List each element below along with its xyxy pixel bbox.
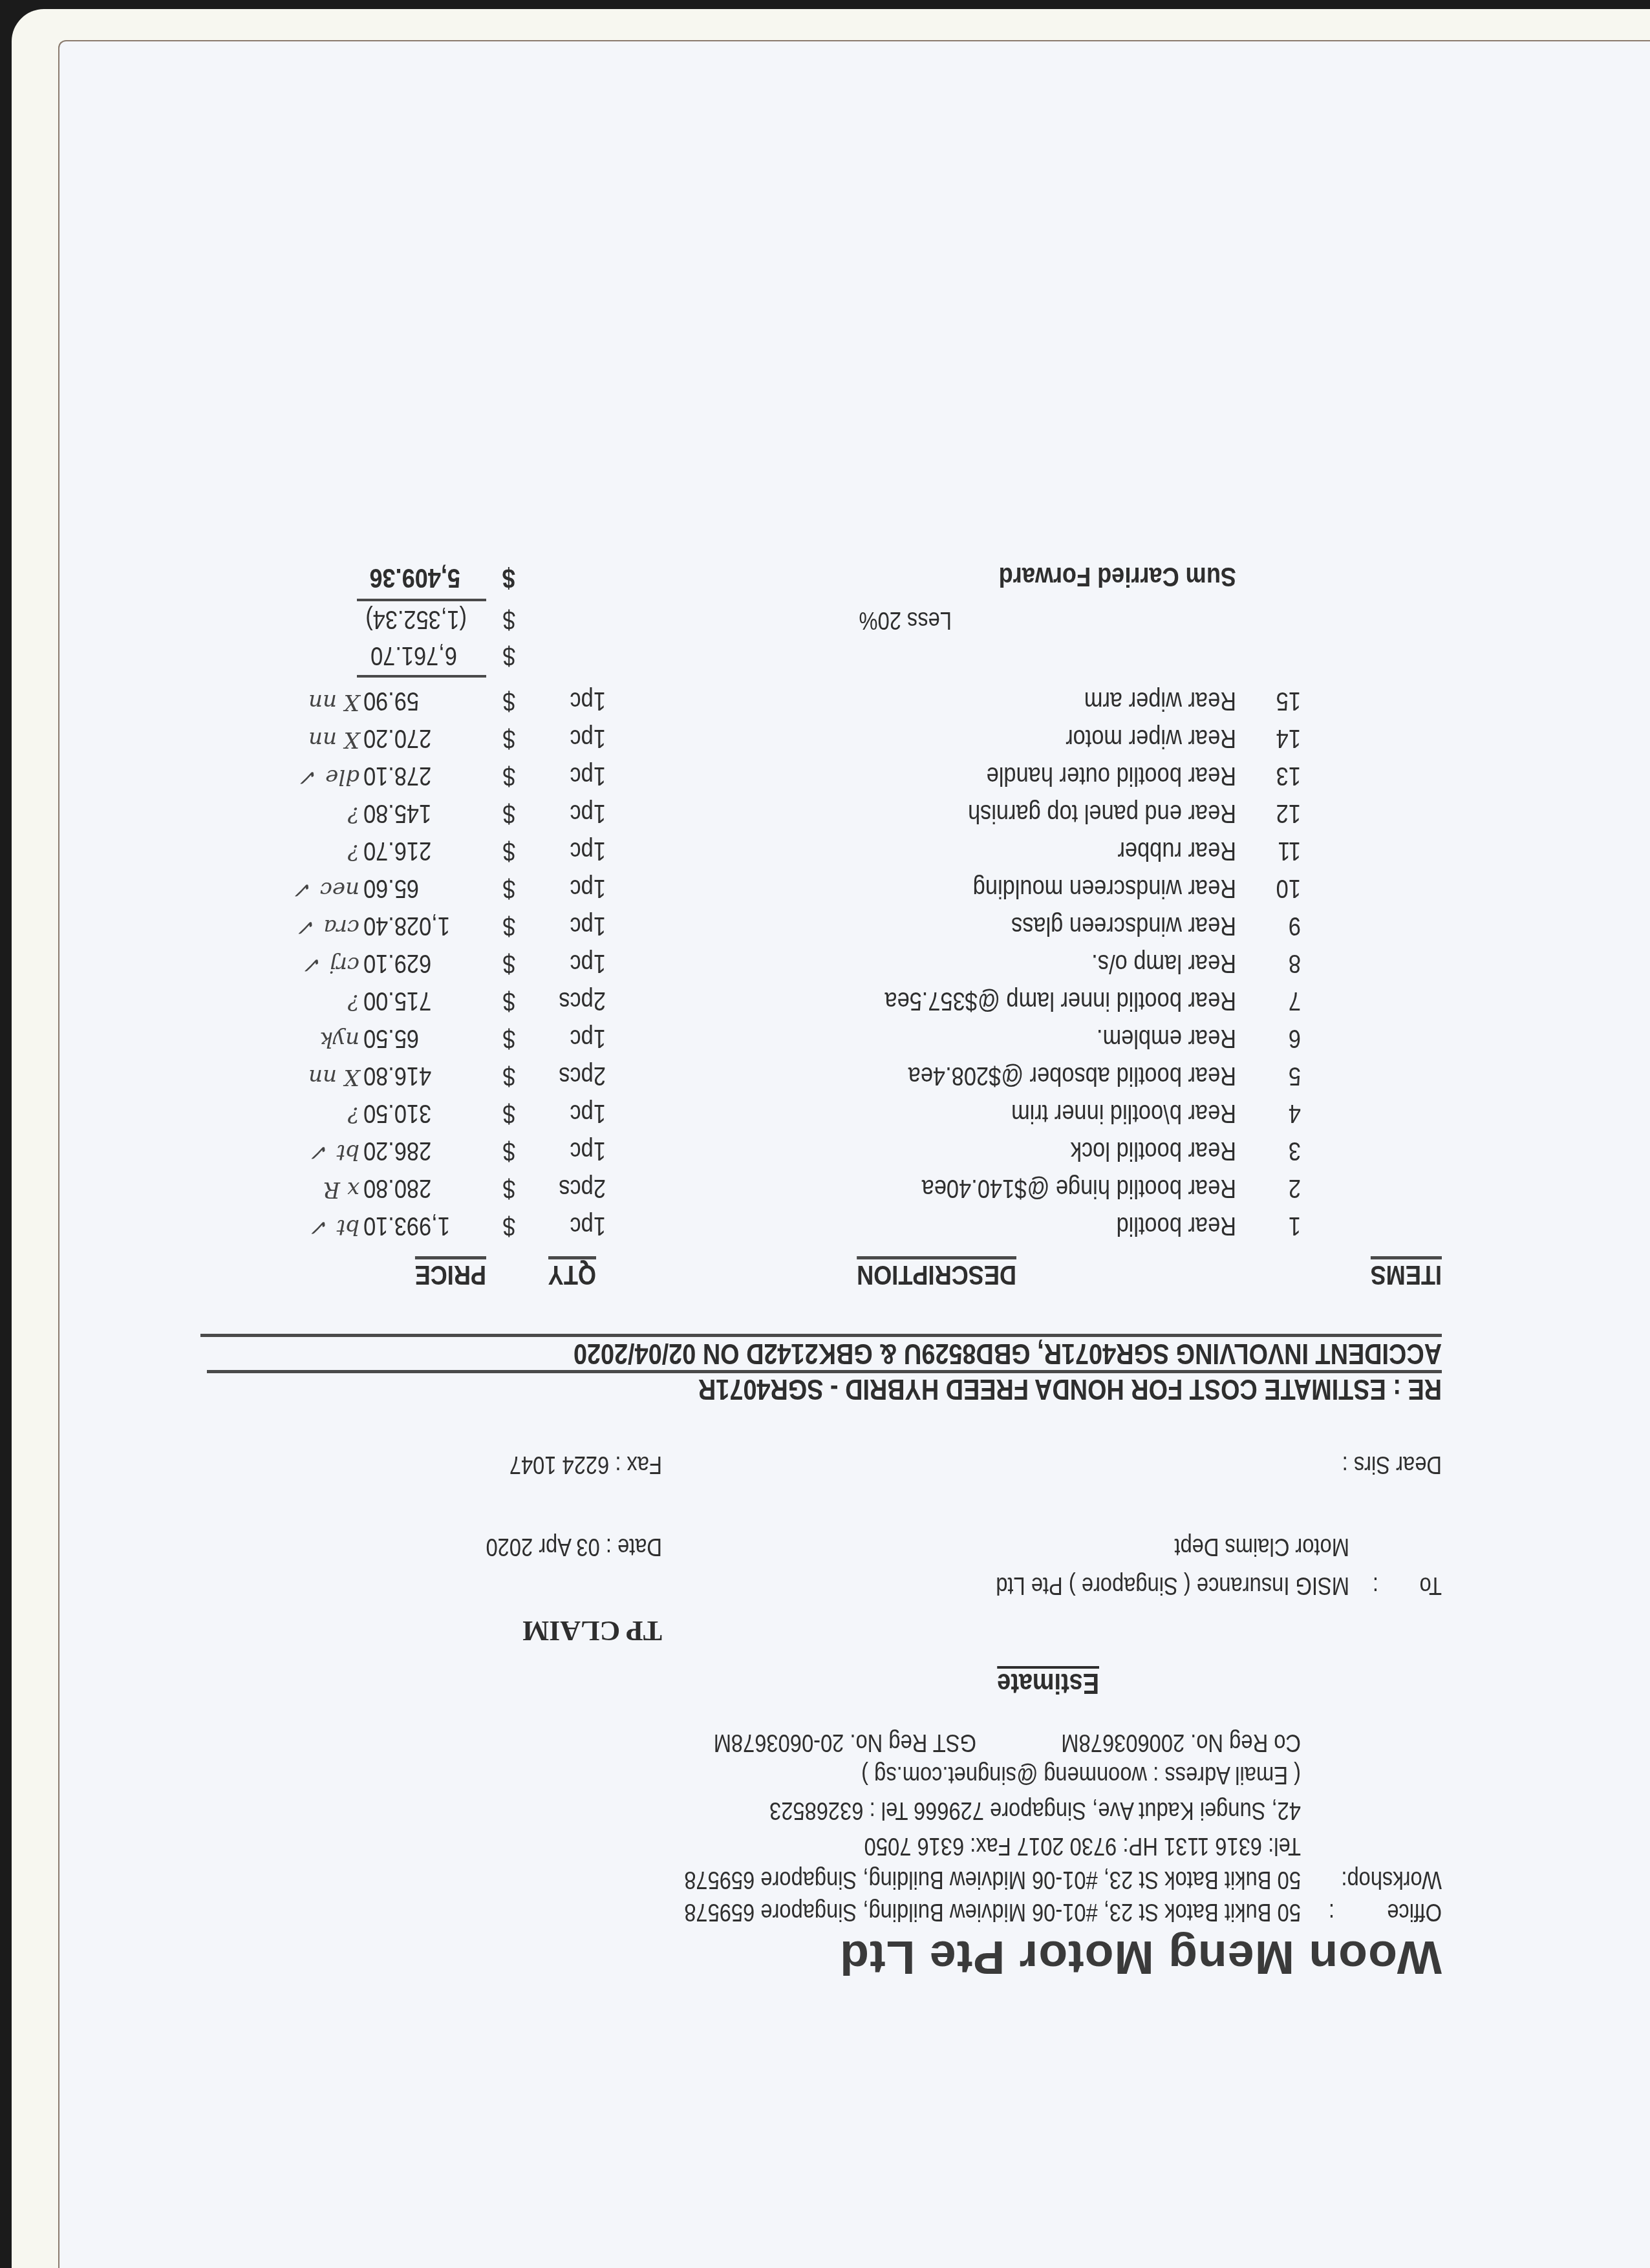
line-item-currency: $ bbox=[503, 911, 515, 940]
line-item-row: 6Rear emblem.1pc$65.50nyk bbox=[59, 1015, 1650, 1053]
line-item-currency: $ bbox=[503, 1023, 515, 1053]
line-item-number: 5 bbox=[1289, 1061, 1301, 1090]
line-item-description: Rear windscreen moulding bbox=[973, 873, 1236, 903]
line-item-description: Rear wiper arm bbox=[1084, 686, 1236, 715]
office-address: 50 Bukit Batok St 23, #01-06 Midview Bui… bbox=[684, 1898, 1301, 1925]
subject-line-2: ACCIDENT INVOLVING SGR4071R, GBD8529U & … bbox=[573, 1337, 1442, 1369]
scanned-sheet: Woon Meng Motor Pte Ltd Office : 50 Buki… bbox=[0, 0, 1650, 2268]
line-item-description: Rear rubber bbox=[1117, 836, 1236, 865]
handwritten-annotation: X nn bbox=[308, 689, 359, 715]
discount-label: Less 20% bbox=[859, 606, 952, 634]
company-name: Woon Meng Motor Pte Ltd bbox=[839, 1931, 1442, 1984]
line-item-currency: $ bbox=[503, 986, 515, 1015]
handwritten-annotation: crj ✓ bbox=[305, 952, 359, 978]
line-item-number: 10 bbox=[1276, 873, 1301, 903]
line-item-currency: $ bbox=[503, 798, 515, 828]
line-item-price: 216.70 bbox=[363, 836, 469, 865]
to-label: To bbox=[1419, 1571, 1442, 1599]
line-item-price: 270.20 bbox=[363, 723, 469, 753]
line-item-qty: 1pc bbox=[570, 798, 606, 828]
subtotal-amount: 6,761.70 bbox=[370, 641, 457, 670]
line-item-price: 278.10 bbox=[363, 761, 469, 790]
handwritten-annotation: X nn bbox=[308, 727, 359, 753]
line-item-description: Rear bootlid outer handle bbox=[987, 761, 1236, 790]
line-item-price: 145.80 bbox=[363, 798, 469, 828]
line-item-number: 15 bbox=[1276, 686, 1301, 715]
handwritten-annotation: ? bbox=[348, 839, 359, 865]
contact-line: Tel: 6316 1131 HP: 9730 2017 Fax: 6316 7… bbox=[864, 1832, 1301, 1859]
line-item-currency: $ bbox=[503, 948, 515, 978]
line-item-number: 4 bbox=[1289, 1098, 1301, 1128]
column-header-price: PRICE bbox=[415, 1256, 486, 1290]
line-item-number: 3 bbox=[1289, 1136, 1301, 1165]
line-item-qty: 1pc bbox=[570, 1023, 606, 1053]
line-item-row: 8Rear lamp o/s.1pc$629.10crj ✓ bbox=[59, 940, 1650, 978]
salutation: Dear Sirs : bbox=[1342, 1450, 1442, 1478]
line-item-row: 3Rear bootlid lock1pc$286.20bt ✓ bbox=[59, 1128, 1650, 1165]
line-item-currency: $ bbox=[503, 873, 515, 903]
line-item-row: 10Rear windscreen moulding1pc$65.60nec ✓ bbox=[59, 865, 1650, 903]
to-sep: : bbox=[1373, 1571, 1378, 1599]
line-item-row: 12Rear end panel top garnish1pc$145.80? bbox=[59, 790, 1650, 828]
subject-underline-1 bbox=[207, 1370, 1442, 1373]
office-label: Office bbox=[1387, 1898, 1442, 1925]
line-item-row: 2Rear bootlid hinge @$140.40ea2pcs$280.8… bbox=[59, 1165, 1650, 1203]
line-item-number: 11 bbox=[1278, 836, 1301, 865]
subtotal-rule bbox=[357, 675, 486, 678]
email-line: ( Email Adress : woonmeng @singnet.com.s… bbox=[861, 1760, 1301, 1788]
workshop-label: Workshop: bbox=[1341, 1865, 1442, 1893]
line-item-qty: 1pc bbox=[570, 1098, 606, 1128]
line-item-row: 13Rear bootlid outer handle1pc$278.10dle… bbox=[59, 753, 1650, 790]
line-item-number: 2 bbox=[1289, 1173, 1301, 1203]
line-item-qty: 1pc bbox=[570, 836, 606, 865]
branch-address: 42, Sungei Kadut Ave, Singapore 729666 T… bbox=[769, 1796, 1301, 1824]
line-item-price: 59.90 bbox=[363, 686, 469, 715]
estimate-date: Date : 03 Apr 2020 bbox=[486, 1532, 662, 1560]
line-item-qty: 1pc bbox=[570, 911, 606, 940]
line-item-description: Rear end panel top garnish bbox=[968, 798, 1236, 828]
line-item-price: 65.50 bbox=[363, 1023, 469, 1053]
line-item-price: 1,028.40 bbox=[363, 911, 469, 940]
discount-amount: (1,352.34) bbox=[365, 604, 467, 634]
line-item-currency: $ bbox=[503, 1098, 515, 1128]
line-item-number: 6 bbox=[1289, 1023, 1301, 1053]
line-item-row: 5Rear bootlid absober @$208.4ea2pcs$416.… bbox=[59, 1053, 1650, 1090]
handwritten-annotation: dle ✓ bbox=[300, 764, 359, 790]
handwritten-annotation: cra ✓ bbox=[298, 914, 359, 940]
line-item-price: 310.50 bbox=[363, 1098, 469, 1128]
line-item-qty: 2pcs bbox=[559, 1173, 606, 1203]
line-item-description: Rear bootlid inner lamp @$357.5ea bbox=[884, 986, 1236, 1015]
line-item-row: 14Rear wiper motor1pc$270.20X nn bbox=[59, 715, 1650, 753]
document-title: Estimate bbox=[997, 1667, 1099, 1699]
subject-underline-2 bbox=[200, 1334, 1442, 1337]
line-item-qty: 1pc bbox=[570, 686, 606, 715]
recipient-name: MSIG Insurance ( Singapore ) Pte Ltd bbox=[996, 1571, 1349, 1599]
line-item-row: 4Rear b\ootlid inner trim1pc$310.50? bbox=[59, 1090, 1650, 1128]
line-item-qty: 2pcs bbox=[559, 986, 606, 1015]
line-item-description: Rear wiper motor bbox=[1066, 723, 1236, 753]
line-item-description: Rear bootlid hinge @$140.40ea bbox=[922, 1173, 1236, 1203]
line-item-currency: $ bbox=[503, 761, 515, 790]
claim-type: TP CLAIM bbox=[522, 1614, 662, 1647]
handwritten-annotation: nec ✓ bbox=[295, 877, 359, 903]
sum-carried-forward-label: Sum Carried Forward bbox=[999, 561, 1236, 592]
line-item-number: 1 bbox=[1289, 1211, 1301, 1240]
total-rule bbox=[357, 599, 486, 601]
line-item-row: 15Rear wiper arm1pc$59.90X nn bbox=[59, 678, 1650, 715]
line-item-description: Rear bootlid absober @$208.4ea bbox=[908, 1061, 1236, 1090]
handwritten-annotation: ? bbox=[348, 802, 359, 828]
workshop-address: 50 Bukit Batok St 23, #01-06 Midview Bui… bbox=[684, 1865, 1301, 1893]
line-item-qty: 1pc bbox=[570, 873, 606, 903]
line-item-row: 11Rear rubber1pc$216.70? bbox=[59, 828, 1650, 865]
total-currency: $ bbox=[502, 562, 515, 594]
handwritten-annotation: ? bbox=[348, 989, 359, 1015]
estimate-page: Woon Meng Motor Pte Ltd Office : 50 Buki… bbox=[58, 40, 1650, 2268]
line-item-description: Rear emblem. bbox=[1097, 1023, 1236, 1053]
column-header-description: DESCRIPTION bbox=[857, 1256, 1016, 1290]
handwritten-annotation: ? bbox=[348, 1102, 359, 1128]
line-item-qty: 1pc bbox=[570, 1136, 606, 1165]
sum-carried-forward-amount: 5,409.36 bbox=[369, 562, 460, 594]
line-item-price: 286.20 bbox=[363, 1136, 469, 1165]
subject-line-1: RE : ESTIMATE COST FOR HONDA FREED HYBRI… bbox=[698, 1373, 1442, 1405]
subtotal-currency: $ bbox=[503, 641, 515, 670]
line-item-currency: $ bbox=[503, 686, 515, 715]
line-item-currency: $ bbox=[503, 1173, 515, 1203]
line-item-qty: 1pc bbox=[570, 761, 606, 790]
line-item-qty: 2pcs bbox=[559, 1061, 606, 1090]
line-item-price: 280.80 bbox=[363, 1173, 469, 1203]
line-item-description: Rear b\ootlid inner trim bbox=[1011, 1098, 1236, 1128]
line-item-currency: $ bbox=[503, 1136, 515, 1165]
line-item-currency: $ bbox=[503, 723, 515, 753]
line-item-number: 7 bbox=[1289, 986, 1301, 1015]
discount-currency: $ bbox=[503, 604, 515, 634]
recipient-fax: Fax : 6224 1047 bbox=[509, 1450, 662, 1478]
line-item-price: 1,993.10 bbox=[363, 1211, 469, 1240]
line-item-number: 12 bbox=[1276, 798, 1301, 828]
line-item-price: 715.00 bbox=[363, 986, 469, 1015]
handwritten-annotation: bt ✓ bbox=[311, 1214, 359, 1240]
line-item-description: Rear windscreen glass bbox=[1011, 911, 1236, 940]
office-sep: : bbox=[1329, 1898, 1334, 1925]
line-item-description: Rear bootlid bbox=[1117, 1211, 1236, 1240]
line-item-row: 7Rear bootlid inner lamp @$357.5ea2pcs$7… bbox=[59, 978, 1650, 1015]
line-item-row: 9Rear windscreen glass1pc$1,028.40cra ✓ bbox=[59, 903, 1650, 940]
column-header-items: ITEMS bbox=[1371, 1256, 1442, 1290]
line-item-qty: 1pc bbox=[570, 723, 606, 753]
line-item-description: Rear bootlid lock bbox=[1071, 1136, 1236, 1165]
line-item-price: 416.80 bbox=[363, 1061, 469, 1090]
line-item-qty: 1pc bbox=[570, 948, 606, 978]
line-item-qty: 1pc bbox=[570, 1211, 606, 1240]
handwritten-annotation: bt ✓ bbox=[311, 1139, 359, 1165]
line-item-number: 13 bbox=[1276, 761, 1301, 790]
handwritten-annotation: x R bbox=[323, 1177, 359, 1203]
column-header-qty: QTY bbox=[548, 1256, 596, 1290]
recipient-dept: Motor Claims Dept bbox=[1174, 1532, 1349, 1560]
company-reg-number: Co Reg No. 200603678M bbox=[1061, 1728, 1301, 1756]
handwritten-annotation: X nn bbox=[308, 1064, 359, 1090]
gst-reg-number: GST Reg No. 20-0603678M bbox=[714, 1728, 976, 1756]
line-item-number: 9 bbox=[1289, 911, 1301, 940]
line-item-price: 629.10 bbox=[363, 948, 469, 978]
line-item-currency: $ bbox=[503, 836, 515, 865]
line-item-currency: $ bbox=[503, 1211, 515, 1240]
line-item-number: 14 bbox=[1276, 723, 1301, 753]
line-item-price: 65.60 bbox=[363, 873, 469, 903]
line-item-description: Rear lamp o/s. bbox=[1091, 948, 1236, 978]
line-item-number: 8 bbox=[1289, 948, 1301, 978]
line-item-currency: $ bbox=[503, 1061, 515, 1090]
handwritten-annotation: nyk bbox=[319, 1027, 359, 1053]
line-item-row: 1Rear bootlid1pc$1,993.10bt ✓ bbox=[59, 1203, 1650, 1240]
